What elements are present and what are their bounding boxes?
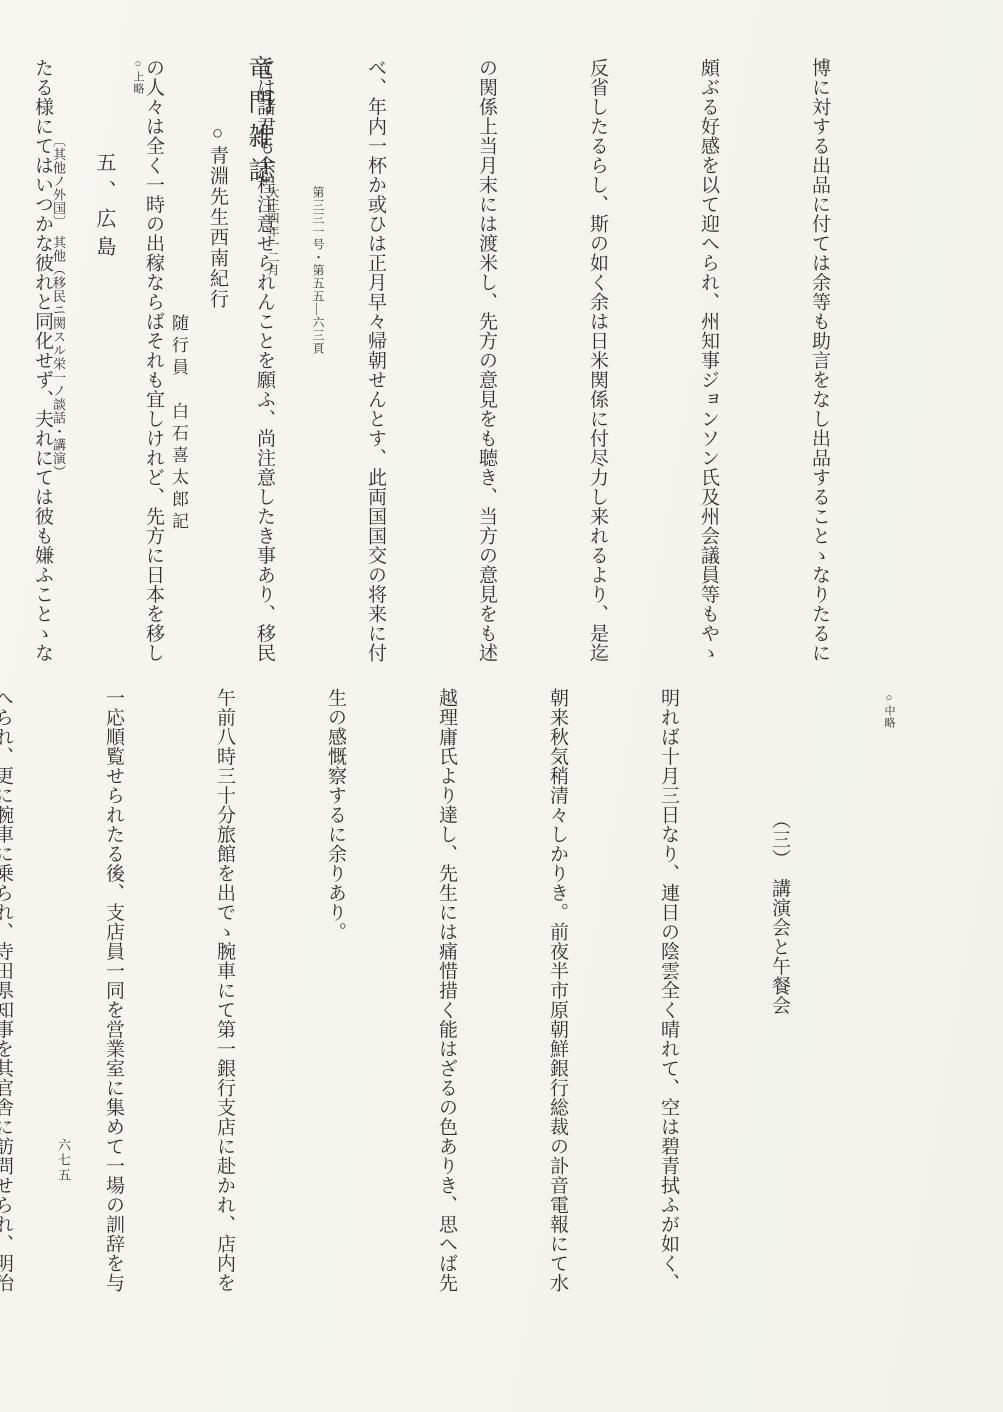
bottom-passage: （三） 講演会と午餐会 明れば十月三日なり、連日の陰雲全く晴れて、空は碧青拭ふが… [78, 688, 872, 1402]
margin-category-note: 〔其他ノ外国〕 其他（移民ニ関スル栄一ノ談話・講演） [49, 134, 68, 479]
passage-line: へられ、更に腕車に乗られ、寺田県知事を其官舎に訪問せられ、明治 [0, 688, 21, 1402]
passage-line: 越理庸氏より達し、先生には痛惜措く能はざるの色ありき、思へば先 [428, 688, 465, 1402]
subsection-heading: （三） 講演会と午餐会 [761, 688, 798, 1402]
omission-mark-top: ○上略 [130, 58, 146, 95]
journal-title: 竜門雑誌 [240, 55, 276, 191]
passage-line: の関係上当月末には渡米し、先方の意見をも聴き、当方の意見をも述 [468, 58, 505, 680]
passage-line: 博に対する出品に付ては余等も助言をなし出品することゝなりたるに [801, 58, 838, 680]
passage-line: 一応順覧せられたる後、支店員一同を営業室に集めて一場の訓辞を与 [95, 688, 132, 1402]
journal-citation: 第三三一号・第五五—六三頁 大正四年一二月 [235, 186, 355, 355]
byline: 随行員 白石喜太郎記 [166, 314, 191, 534]
passage-line: 午前八時三十分旅館を出でゝ腕車にて第一銀行支店に赴かれ、店内を [206, 688, 243, 1402]
article-title: ○青淵先生西南紀行 [204, 123, 231, 310]
page-number: 六七五 [54, 1138, 73, 1183]
passage-line: べ、年内一杯か或ひは正月早々帰朝せんとす、此両国国交の将来に付 [357, 58, 394, 680]
scanned-book-page: 博に対する出品に付ては余等も助言をなし出品することゝなりたるに 頗ぶる好感を以て… [0, 0, 1003, 1412]
passage-line: 反省したるらし、斯の如く余は日米関係に付尽力し来れるより、是迄 [579, 58, 616, 680]
passage-line: 明れば十月三日なり、連日の陰雲全く晴れて、空は碧青拭ふが如く、 [650, 688, 687, 1402]
passage-line: 朝来秋気稍清々しかりき。前夜半市原朝鮮銀行総裁の訃音電報にて水 [539, 688, 576, 1402]
section-title: 五、広島 [90, 152, 119, 264]
top-passage: 博に対する出品に付ては余等も助言をなし出品することゝなりたるに 頗ぶる好感を以て… [318, 58, 912, 680]
passage-line: 頗ぶる好感を以て迎へられ、州知事ジョンソン氏及州会議員等もやゝ [690, 58, 727, 680]
omission-mark-middle: ○中略 [881, 692, 897, 729]
journal-date: 大正四年一二月 [265, 186, 280, 355]
journal-issue: 第三三一号・第五五—六三頁 [310, 186, 325, 355]
passage-line: 生の感慨察するに余りあり。 [317, 688, 354, 1402]
